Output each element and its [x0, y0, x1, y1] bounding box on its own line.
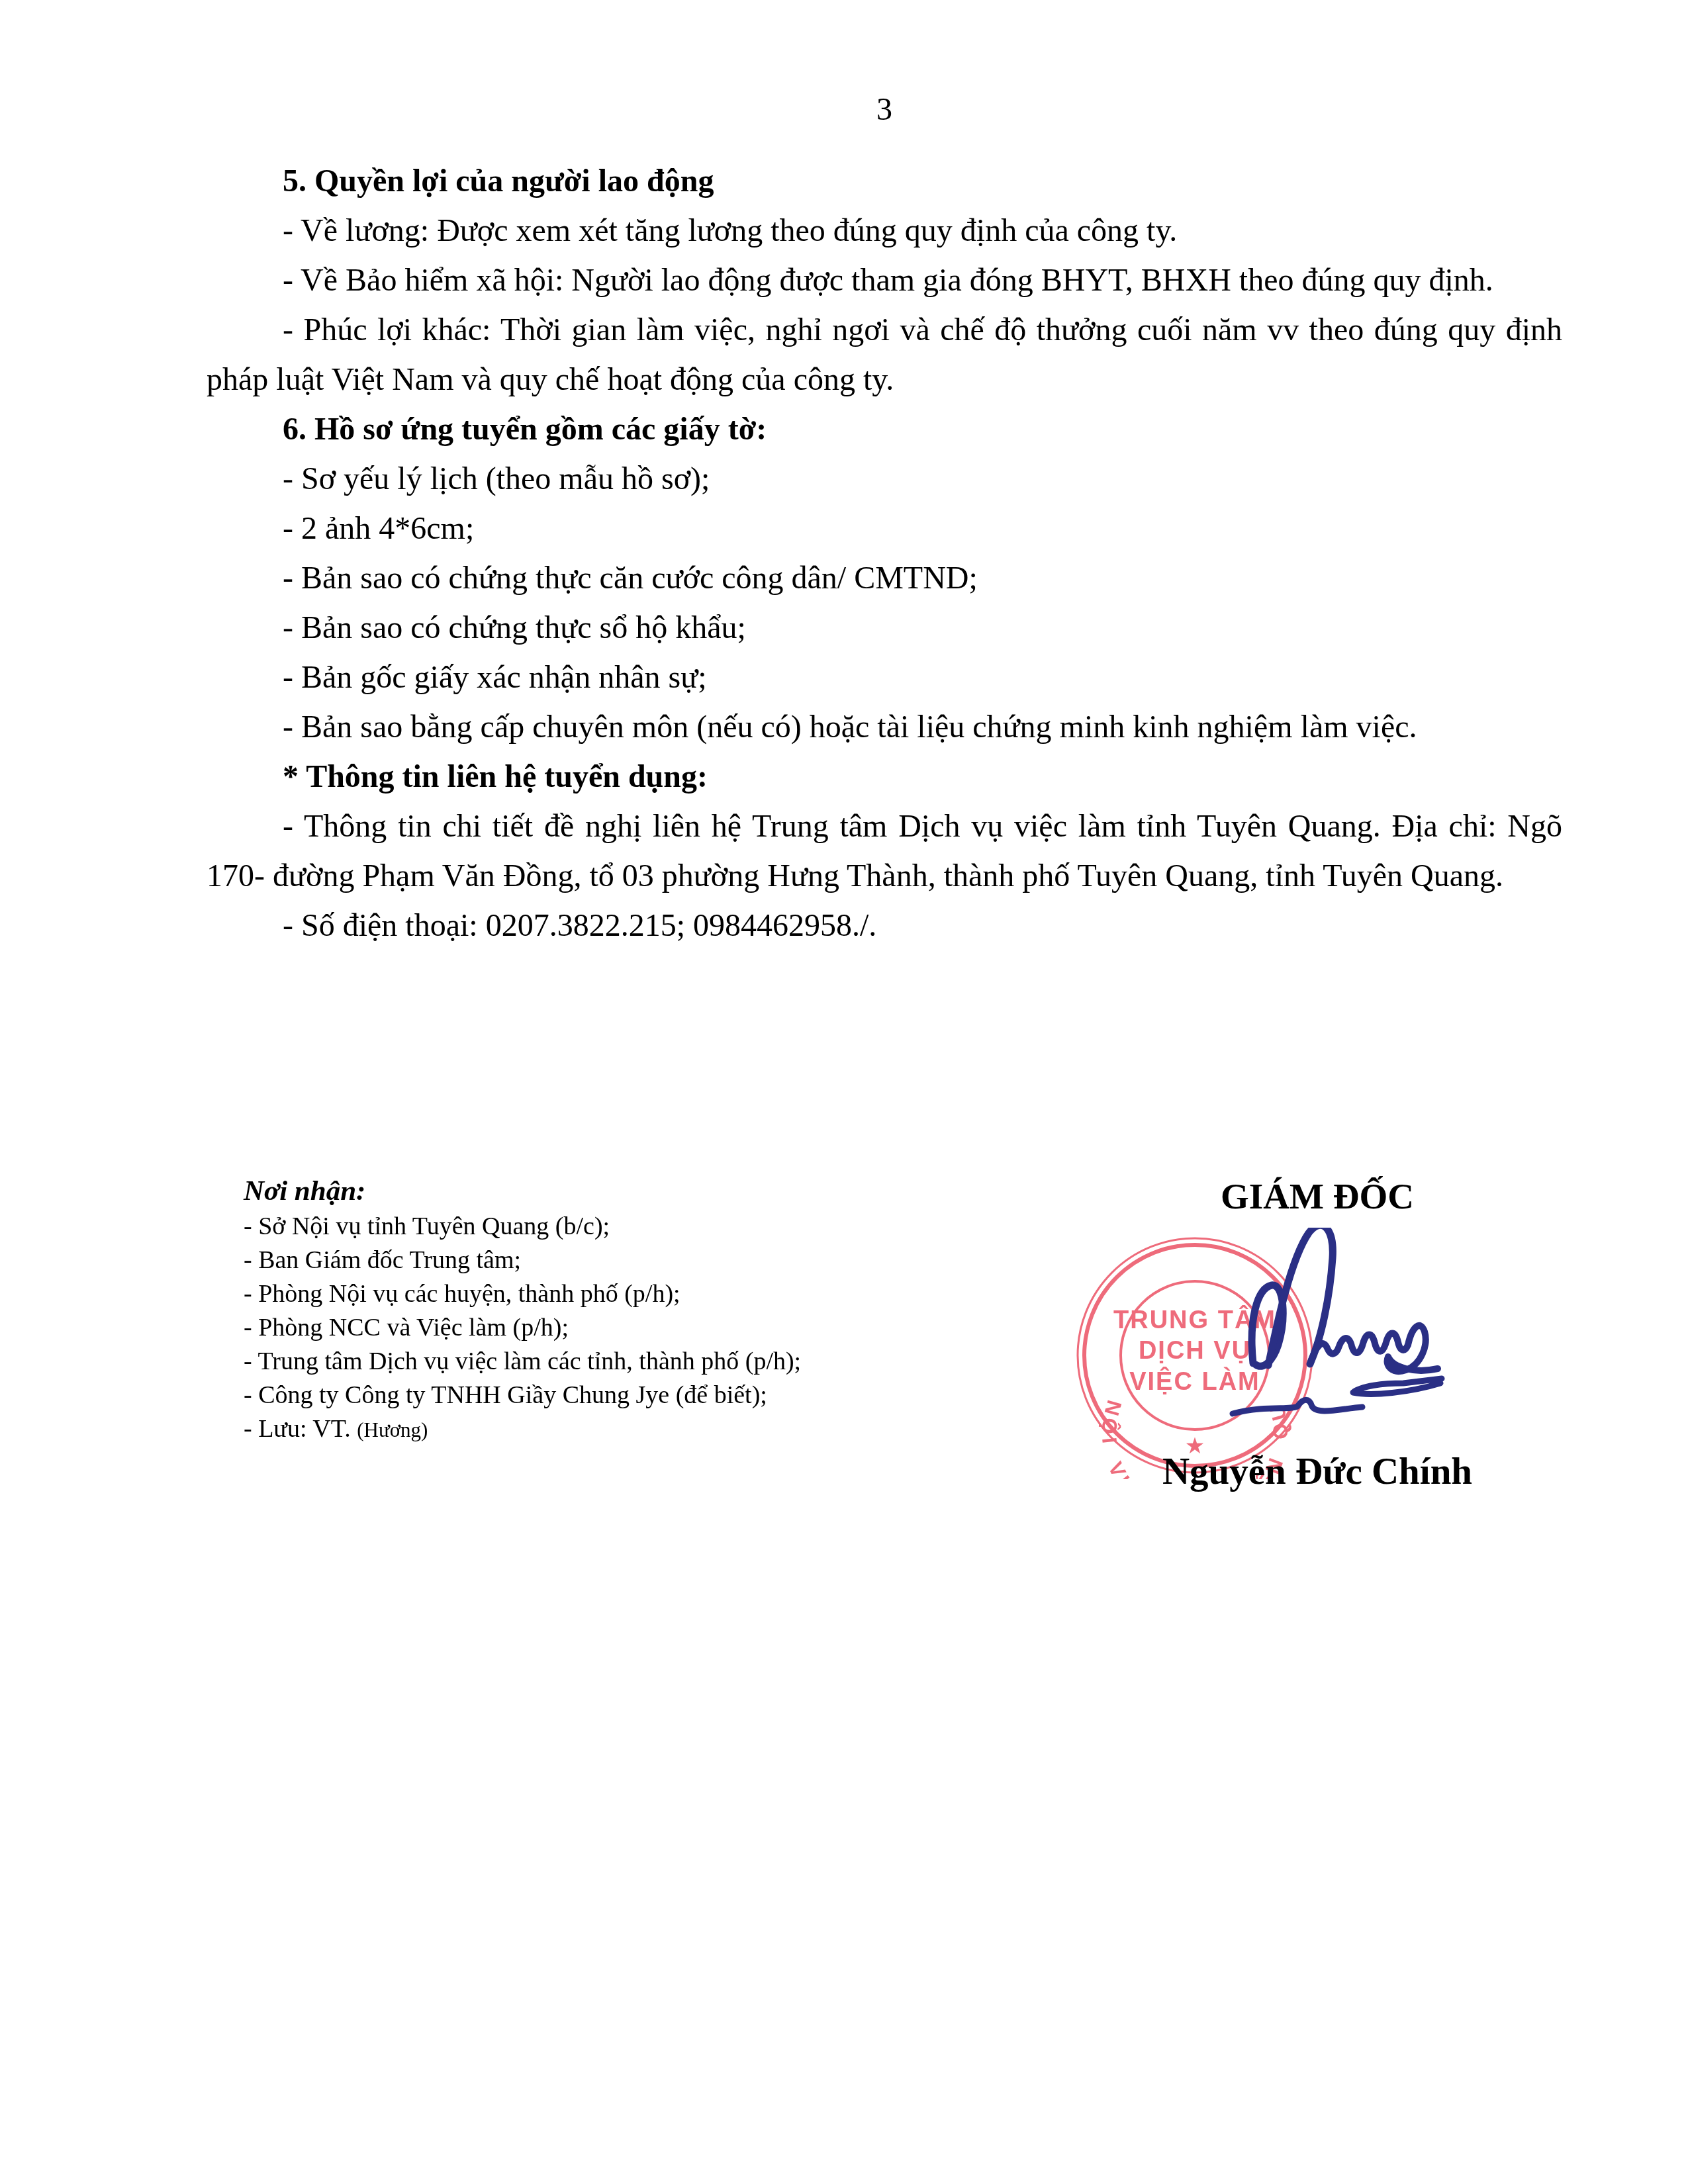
section6-item: - Bản sao có chứng thực căn cước công dâ… [207, 553, 1562, 603]
section6-item: - Bản sao bằng cấp chuyên môn (nếu có) h… [207, 702, 1562, 752]
section6-item: - Bản gốc giấy xác nhận nhân sự; [207, 653, 1562, 702]
recipient-item: - Ban Giám đốc Trung tâm; [244, 1244, 1038, 1277]
section6-heading: 6. Hồ sơ ứng tuyển gồm các giấy tờ: [207, 404, 1562, 454]
recipient-item: - Lưu: VT. [244, 1415, 351, 1443]
recipient-item: - Phòng Nội vụ các huyện, thành phố (p/h… [244, 1277, 1038, 1311]
section5-item: - Phúc lợi khác: Thời gian làm việc, ngh… [207, 305, 1562, 404]
signer-name: Nguyễn Đức Chính [1092, 1451, 1542, 1493]
contact-detail: - Thông tin chi tiết đề nghị liên hệ Tru… [207, 801, 1562, 901]
stamp-center-line2: DỊCH VỤ [1139, 1337, 1251, 1365]
recipient-item: - Sở Nội vụ tỉnh Tuyên Quang (b/c); [244, 1210, 1038, 1244]
section6-item: - Sơ yếu lý lịch (theo mẫu hồ sơ); [207, 454, 1562, 504]
recipient-item: - Công ty Công ty TNHH Giầy Chung Jye (đ… [244, 1379, 1038, 1412]
page-number: 3 [207, 91, 1562, 128]
recipients-label: Nơi nhận: [244, 1173, 1038, 1210]
recipient-item: - Phòng NCC và Việc làm (p/h); [244, 1311, 1038, 1345]
stamp-and-signature: SỞ NỘI VỤ TỈNH TUYÊN QUANG TRUNG TÂM DỊC… [1059, 1228, 1496, 1479]
signature-block: GIÁM ĐỐC [1092, 1177, 1542, 1216]
contact-phone: - Số điện thoại: 0207.3822.215; 09844629… [207, 901, 1562, 950]
section6-item: - Bản sao có chứng thực sổ hộ khẩu; [207, 603, 1562, 653]
recipients-block: Nơi nhận: - Sở Nội vụ tỉnh Tuyên Quang (… [244, 1173, 1038, 1447]
section5-item: - Về Bảo hiểm xã hội: Người lao động đượ… [207, 255, 1562, 305]
section5-heading: 5. Quyền lợi của người lao động [207, 156, 1562, 206]
document-body: 5. Quyền lợi của người lao động - Về lươ… [207, 156, 1562, 950]
signer-title: GIÁM ĐỐC [1092, 1177, 1542, 1216]
stamp-center-line3: VIỆC LÀM [1129, 1367, 1260, 1396]
recipient-item-last: - Lưu: VT. (Hương) [244, 1412, 1038, 1447]
section6-item: - 2 ảnh 4*6cm; [207, 504, 1562, 553]
recipient-note: (Hương) [357, 1418, 428, 1441]
recipient-item: - Trung tâm Dịch vụ việc làm các tỉnh, t… [244, 1345, 1038, 1379]
section5-item: - Về lương: Được xem xét tăng lương theo… [207, 206, 1562, 255]
contact-heading: * Thông tin liên hệ tuyển dụng: [207, 752, 1562, 801]
document-page: 3 5. Quyền lợi của người lao động - Về l… [0, 0, 1688, 2184]
